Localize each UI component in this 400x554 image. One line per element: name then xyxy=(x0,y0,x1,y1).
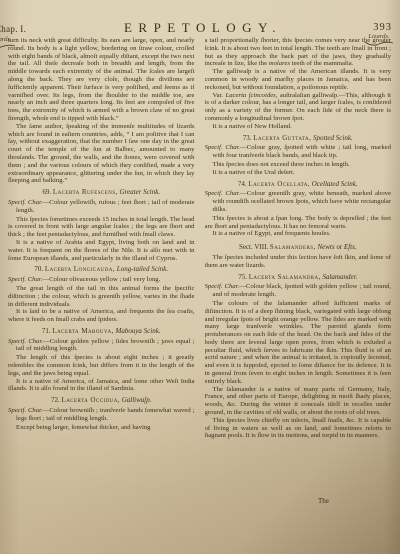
text-run: Specif. Char. xyxy=(8,276,42,283)
paragraph: It is a native of Arabia and Egypt, livi… xyxy=(8,239,195,262)
paragraph: The length of this ſpecies is about eigh… xyxy=(8,354,195,377)
text-run: It is a native of Egypt, and frequents h… xyxy=(213,230,331,237)
text-run: teeth of the mammalia. xyxy=(290,60,353,67)
paragraph: Var. Lacerta ſcincoides, auſtralaſian ga… xyxy=(205,92,392,123)
species-heading: 74. Lacerta Ocellata, Ocellated Scink. xyxy=(205,181,392,189)
text-run: Lacerta Longicauda, xyxy=(45,265,115,273)
paragraph: This ſpecies ſometimes exceeds 15 inches… xyxy=(8,216,195,239)
text-run: Lacerta ſcincoides, xyxy=(225,92,277,99)
text-run: The colours of the ſalamander afford ſuf… xyxy=(205,300,392,385)
species-heading: 71. Lacerta Mabouya, Mabouya Scink. xyxy=(8,328,195,336)
text-run: Lacerta Guttata, xyxy=(253,134,311,142)
text-run: Salamanders, xyxy=(270,243,316,251)
text-run: 74. xyxy=(238,180,249,188)
page-title: ERPETOLOGY. xyxy=(0,20,400,36)
text-run: Lacerta Mabouya, xyxy=(52,327,113,335)
text-run: Specif. Char. xyxy=(8,338,43,345)
text-run: The length of this ſpecies is about eigh… xyxy=(8,354,195,377)
text-run: This ſpecies does not exceed three inche… xyxy=(213,161,350,168)
species-heading: 73. Lacerta Guttata, Spotted Scink. xyxy=(205,135,392,143)
text-run: Except being larger, ſomewhat thicker, a… xyxy=(16,424,151,431)
paragraph: turn its neck with great difficulty. Its… xyxy=(8,37,195,123)
text-run: Specif. Char. xyxy=(205,190,241,197)
specific-character: Specif. Char.—Colour greeniſh gray, whit… xyxy=(205,190,392,213)
paragraph: It is a native of the Ural deſert. xyxy=(205,169,392,177)
text-run: turn its neck with great difficulty. Its… xyxy=(8,37,195,122)
text-run: Newts xyxy=(317,243,334,251)
specific-character: Specif. Char.—Colour black, ſpotted with… xyxy=(205,283,392,299)
text-run: Sect. VIII. xyxy=(239,243,270,251)
text-run: —Colour browniſh ; tranſverſe bands ſome… xyxy=(16,407,195,422)
paragraph: The ſalamander is a native of many parts… xyxy=(205,386,392,417)
paragraph: It is ſaid to be a native of America, an… xyxy=(8,308,195,324)
text-run: This ſpecies lives chiefly on inſects, ſ… xyxy=(205,417,392,440)
right-column: a tail proportionally ſhorter, this ſpec… xyxy=(205,37,392,511)
paragraph: It is a native of New Holland. xyxy=(205,123,392,131)
text-run: Greater Scink. xyxy=(120,188,161,196)
text-run: It is a native of New Holland. xyxy=(213,123,292,130)
text-run: Lacerta Ocellata, xyxy=(248,180,310,188)
text-run: 69. xyxy=(42,188,53,196)
text-run: The great length of the tail in this ani… xyxy=(8,285,195,308)
text-run: Specif. Char. xyxy=(8,199,43,206)
text-run: 72. xyxy=(51,396,62,404)
text-run: Ocellated Scink. xyxy=(312,180,358,188)
paragraph: The colours of the ſalamander afford ſuf… xyxy=(205,300,392,386)
text-run: Specif. Char. xyxy=(205,283,240,290)
text-run: molares xyxy=(269,60,290,67)
text-run: It is a native of Arabia and Egypt, livi… xyxy=(8,239,195,262)
text-run: Galliwaſp. xyxy=(122,396,152,404)
text-run: 73. xyxy=(243,134,254,142)
paragraph: The great length of the tail in this ani… xyxy=(8,285,195,308)
text-run: —Colour yellowiſh, rufous ; feet ſhort ;… xyxy=(16,199,194,214)
text-run: The ſame author, ſpeaking of the immenſe… xyxy=(8,123,195,185)
paragraph: This ſpecies lives chiefly on inſects, ſ… xyxy=(205,417,392,440)
text-run: Lacerta Salamandra, xyxy=(249,273,321,281)
paragraph: It is a native of America, of Jamaica, a… xyxy=(8,378,195,394)
text-run: Long-tailed Scink. xyxy=(117,265,168,273)
text-run: or xyxy=(335,243,344,251)
paragraph: The ſame author, ſpeaking of the immenſe… xyxy=(8,123,195,185)
text-run: This ſpecies is about a ſpan long. The b… xyxy=(205,215,392,230)
specific-character: Specif. Char.—Colour browniſh ; tranſver… xyxy=(8,407,195,423)
species-heading: 75. Lacerta Salamandra, Salamander. xyxy=(205,274,392,282)
text-run: Mabouya Scink. xyxy=(115,327,160,335)
page-number: 393 xyxy=(373,22,392,33)
text-run: Var. xyxy=(213,92,226,99)
text-run: Salamander. xyxy=(322,273,357,281)
text-run: —Colour greeniſh gray, white beneath, ma… xyxy=(213,190,392,213)
paragraph: The galliwaſp is a native of the America… xyxy=(205,68,392,91)
text-run: The ſpecies included under this ſection … xyxy=(205,254,392,269)
text-run: —Colour gray, ſpotted with white ; tail … xyxy=(213,144,392,159)
text-run: 71. xyxy=(42,327,53,335)
paragraph: This ſpecies is about a ſpan long. The b… xyxy=(205,215,392,231)
text-run: It is ſaid to be a native of America, an… xyxy=(8,308,195,323)
paragraph: a tail proportionally ſhorter, this ſpec… xyxy=(205,37,392,68)
text-run: Efts. xyxy=(344,243,357,251)
specific-character: Specif. Char.—Colour golden yellow ; ſid… xyxy=(8,338,195,354)
text-run: —Colour golden yellow ; ſides browniſh ;… xyxy=(16,338,195,353)
text-run: It is a native of the Ural deſert. xyxy=(213,169,295,176)
specific-character: Specif. Char.—Colour gray, ſpotted with … xyxy=(205,144,392,160)
specific-character: Specif. Char.—Colour olivaceous yellow ;… xyxy=(8,276,195,284)
catchword: The xyxy=(318,497,329,505)
species-heading: 69. Lacerta Rufescens, Greater Scink. xyxy=(8,189,195,197)
paragraph: The ſpecies included under this ſection … xyxy=(205,254,392,270)
text-run: The ſalamander is a native of many parts… xyxy=(205,386,392,416)
text-columns: turn its neck with great difficulty. Its… xyxy=(8,37,391,511)
text-run: —Colour black, ſpotted with golden yello… xyxy=(213,283,392,298)
specific-character: Specif. Char.—Colour yellowiſh, rufous ;… xyxy=(8,199,195,215)
text-run: Spotted Scink. xyxy=(313,134,353,142)
text-run: The galliwaſp is a native of the America… xyxy=(205,68,392,91)
paragraph: This ſpecies does not exceed three inche… xyxy=(205,161,392,169)
text-run: 70. xyxy=(34,265,45,273)
paragraph: Except being larger, ſomewhat thicker, a… xyxy=(8,424,195,432)
section-heading: Sect. VIII. Salamanders, Newts or Efts. xyxy=(205,244,392,252)
text-run: Specif. Char. xyxy=(205,144,241,151)
species-heading: 72. Lacerta Occidua, Galliwaſp. xyxy=(8,397,195,405)
book-page: Chap. I. ERPETOLOGY. 393 Lizards. Lizard… xyxy=(0,0,400,554)
paragraph: It is a native of Egypt, and frequents h… xyxy=(205,230,392,238)
left-column: turn its neck with great difficulty. Its… xyxy=(8,37,195,511)
text-run: Lacerta Occidua, xyxy=(61,396,120,404)
species-heading: 70. Lacerta Longicauda, Long-tailed Scin… xyxy=(8,266,195,274)
text-run: This ſpecies ſometimes exceeds 15 inches… xyxy=(8,216,195,239)
text-run: 75. xyxy=(238,273,249,281)
text-run: Specif. Char. xyxy=(8,407,43,414)
text-run: Lacerta Rufescens, xyxy=(53,188,118,196)
text-run: —Colour olivaceous yellow ; tail very lo… xyxy=(42,276,160,283)
text-run: It is a native of America, of Jamaica, a… xyxy=(8,378,195,393)
